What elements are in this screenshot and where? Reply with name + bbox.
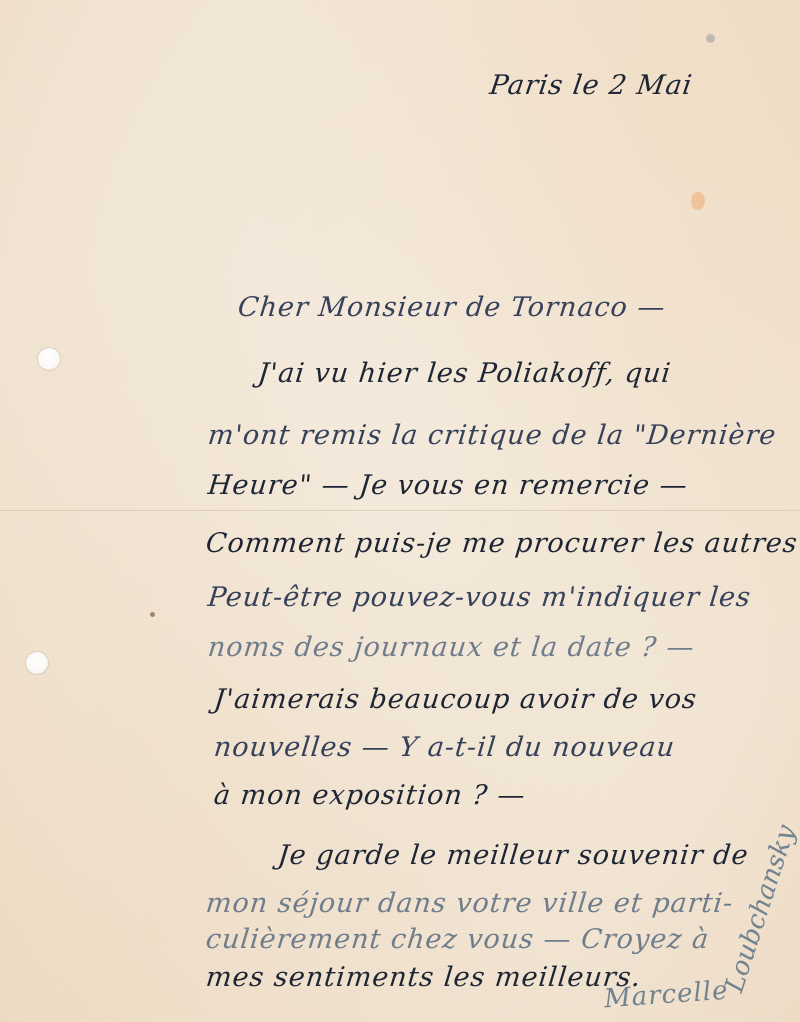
letter-line: Comment puis-je me procurer les autres ?… — [204, 528, 800, 559]
letter-line: J'aimerais beaucoup avoir de vos — [212, 684, 698, 715]
letter-line: m'ont remis la critique de la "Dernière — [206, 420, 778, 451]
letter-line: mon séjour dans votre ville et parti- — [204, 888, 734, 919]
letter-salutation: Cher Monsieur de Tornaco — — [236, 292, 667, 323]
paper-fold-line — [0, 510, 800, 511]
letter-line: nouvelles — Y a-t-il du nouveau — [212, 732, 676, 763]
letter-line: Peut-être pouvez-vous m'indiquer les — [206, 582, 752, 613]
punch-hole-bottom — [26, 652, 48, 674]
letter-line: culièrement chez vous — Croyez à — [204, 924, 710, 955]
letter-line: à mon exposition ? — — [212, 780, 527, 811]
letter-line: Heure" — Je vous en remercie — — [206, 470, 689, 501]
letter-line: J'ai vu hier les Poliakoff, qui — [256, 358, 672, 389]
punch-hole-top — [38, 348, 60, 370]
letter-paper: Paris le 2 Mai Cher Monsieur de Tornaco … — [0, 0, 800, 1022]
letter-line: noms des journaux et la date ? — — [206, 632, 696, 663]
letter-line: Je garde le meilleur souvenir de — [276, 840, 750, 871]
ink-spot — [706, 34, 715, 43]
letter-date: Paris le 2 Mai — [488, 70, 695, 101]
ink-dot — [150, 612, 155, 617]
letter-line: mes sentiments les meilleurs. — [204, 962, 643, 993]
stain-spot — [691, 192, 705, 210]
